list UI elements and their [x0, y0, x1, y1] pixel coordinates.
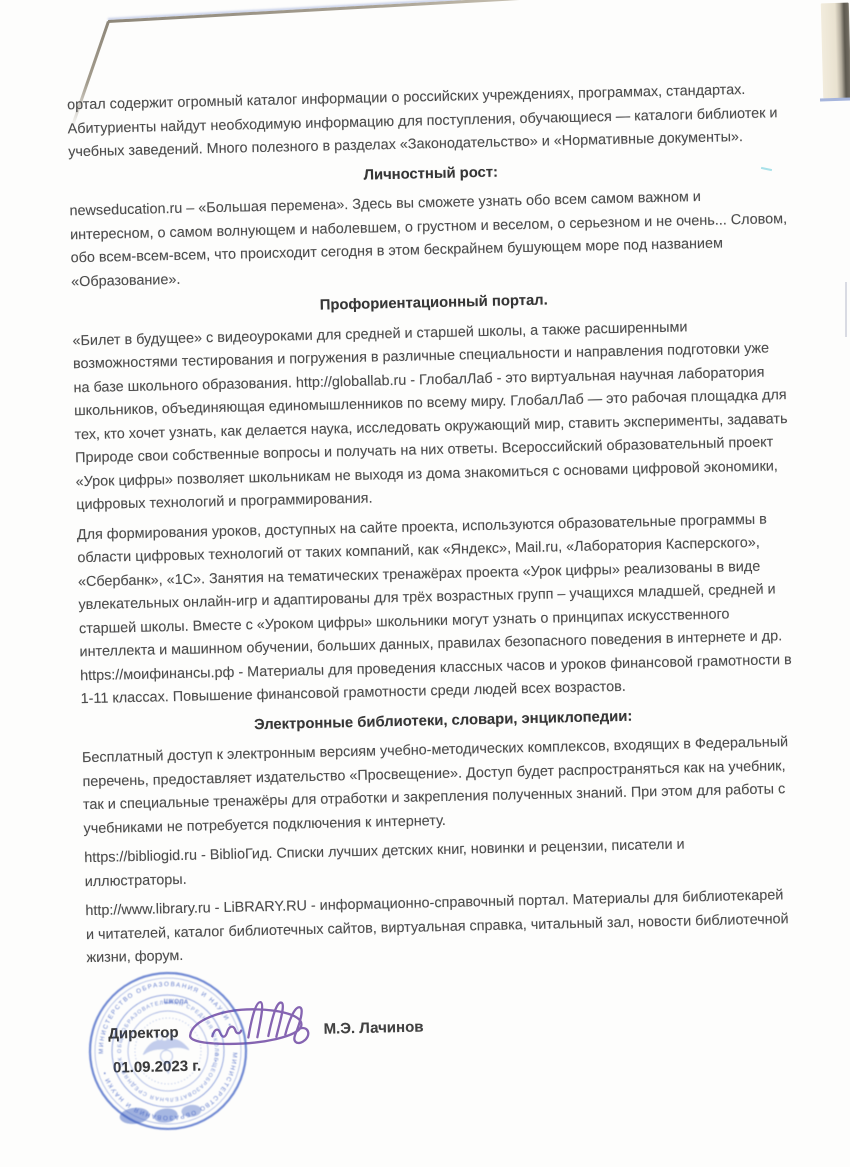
- scan-artifact-faint-line: [845, 282, 847, 337]
- document-body: ортал содержит огромный каталог информац…: [67, 78, 813, 1080]
- scan-artifact-blue-line: [820, 97, 850, 101]
- page-top-edge: [108, 0, 565, 23]
- paragraph-bibliogid: https://bibliogid.ru - BiblioГид. Списки…: [84, 831, 809, 894]
- paragraph-urok-cifry: Для формирования уроков, доступных на са…: [77, 507, 805, 711]
- director-name: М.Э. Лачинов: [323, 1015, 423, 1041]
- paragraph-portal-info: ортал содержит огромный каталог информац…: [67, 78, 792, 165]
- eagle-emblem: [141, 1032, 191, 1076]
- paragraph-prosveshchenie: Бесплатный доступ к электронным версиям …: [82, 731, 808, 841]
- paragraph-library-ru: http://www.library.ru - LiBRARY.RU - инф…: [85, 884, 810, 971]
- scan-artifact-right-stripe: [821, 3, 850, 99]
- paragraph-bilet-globallab: «Билет в будущее» с видеоуроками для сре…: [72, 313, 800, 517]
- paragraph-newseducation: newseducation.ru – «Большая перемена». З…: [69, 184, 795, 294]
- stamp-center-label: ШКОЛА: [163, 998, 188, 1006]
- official-stamp: МИНИСТЕРСТВО ОБРАЗОВАНИЯ И НАУКИ • МИНИС…: [83, 966, 253, 1136]
- stamp-outer-ring-text-group: МИНИСТЕРСТВО ОБРАЗОВАНИЯ И НАУКИ • МИНИС…: [91, 974, 244, 1128]
